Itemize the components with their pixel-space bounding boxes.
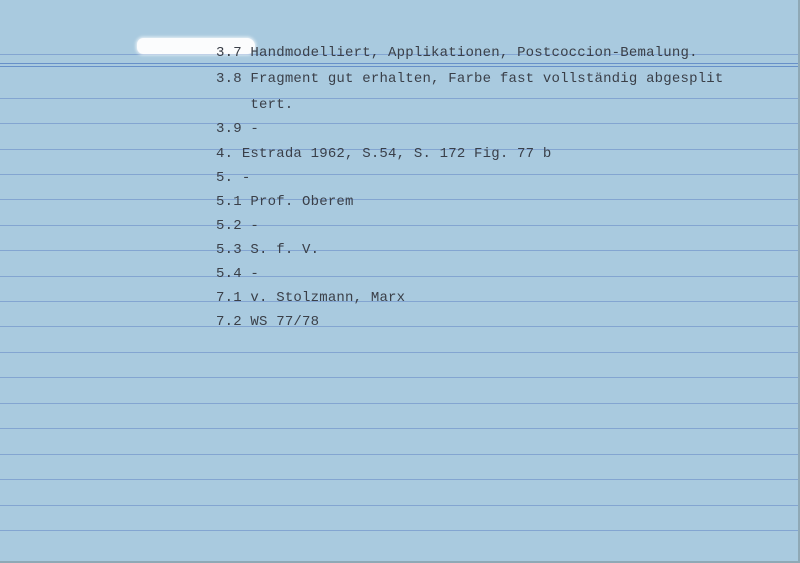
entry-4: 4. Estrada 1962, S.54, S. 172 Fig. 77 b xyxy=(216,146,551,162)
ruled-line xyxy=(0,454,798,455)
entry-5-3: 5.3 S. f. V. xyxy=(216,242,319,258)
entry-3-8-continuation: tert. xyxy=(216,97,293,113)
ruled-line xyxy=(0,505,798,506)
entry-5: 5. - xyxy=(216,170,250,186)
ruled-line xyxy=(0,479,798,480)
entry-5-4: 5.4 - xyxy=(216,266,259,282)
ruled-line xyxy=(0,250,798,251)
ruled-line xyxy=(0,352,798,353)
ruled-line xyxy=(0,199,798,200)
entry-3-8: 3.8 Fragment gut erhalten, Farbe fast vo… xyxy=(216,71,724,87)
ruled-line xyxy=(0,123,798,124)
ruled-line xyxy=(0,63,798,64)
ruled-line xyxy=(0,403,798,404)
ruled-line xyxy=(0,530,798,531)
ruled-line xyxy=(0,174,798,175)
entry-3-9: 3.9 - xyxy=(216,121,259,137)
ruled-line xyxy=(0,66,798,67)
ruled-line xyxy=(0,326,798,327)
ruled-line xyxy=(0,225,798,226)
entry-5-2: 5.2 - xyxy=(216,218,259,234)
ruled-line xyxy=(0,98,798,99)
index-card: 3.7 Handmodelliert, Applikationen, Postc… xyxy=(0,0,800,563)
entry-3-7: 3.7 Handmodelliert, Applikationen, Postc… xyxy=(216,45,698,61)
entry-5-1: 5.1 Prof. Oberem xyxy=(216,194,354,210)
ruled-line xyxy=(0,377,798,378)
ruled-line xyxy=(0,428,798,429)
entry-7-2: 7.2 WS 77/78 xyxy=(216,314,319,330)
entry-7-1: 7.1 v. Stolzmann, Marx xyxy=(216,290,405,306)
ruled-line xyxy=(0,276,798,277)
